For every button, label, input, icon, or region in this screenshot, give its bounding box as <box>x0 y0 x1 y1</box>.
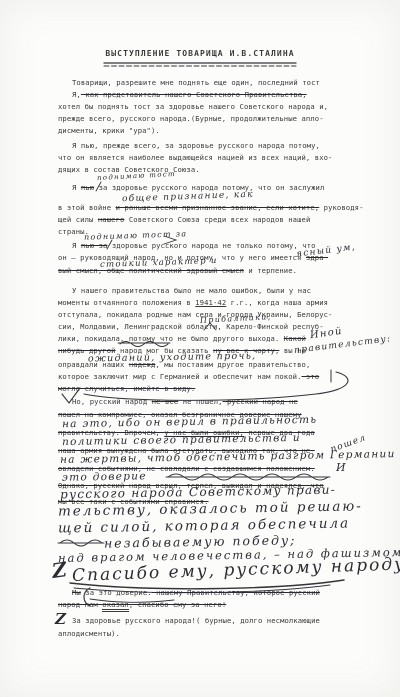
typed-line: могло случиться, имейте в виду. <box>58 385 195 392</box>
text-segment: и терпение. <box>244 266 297 275</box>
text-segment: щей силы <box>58 215 98 224</box>
text-segment: Я <box>72 183 81 192</box>
struck-text: Какой <box>284 334 306 343</box>
text-segment: не пошел, <box>178 397 222 406</box>
text-segment: За здоровье русского народа!( бурные, до… <box>72 616 320 625</box>
text-segment: вы не <box>279 346 306 355</box>
text-segment: , мы поставим другое правительство, <box>155 360 310 369</box>
text-segment: сии, Молдавии, Ленинградской области, Ка… <box>58 322 324 331</box>
typed-line: У нашего правительства было не мало ошиб… <box>72 287 311 294</box>
document-title: ВЫСТУПЛЕНИЕ ТОВАРИЩА И.В.СТАЛИНА <box>0 50 400 58</box>
text-segment: руководя- <box>319 203 363 212</box>
struck-text: русский народ не <box>223 397 298 406</box>
text-segment: моменты отчаянного положения в <box>58 298 195 307</box>
typed-line: вый смысл, обще-политический здравый смы… <box>58 267 297 274</box>
text-segment: русский народ <box>85 397 151 406</box>
paragraph-mark: Z <box>51 559 70 581</box>
typed-line: Товарищи, разрешите мне поднять еще один… <box>72 79 320 86</box>
struck-text: и раньше всеми признанное звание, если х… <box>116 203 320 212</box>
text-segment: 1941-42 <box>195 298 226 307</box>
text-segment: Я <box>72 241 81 250</box>
struck-text: пью <box>81 183 94 192</box>
scribble <box>168 474 328 480</box>
text-segment: прежде всего, русского народа.(Бурные, п… <box>58 114 324 123</box>
text-segment: Но, <box>72 397 85 406</box>
struck-text: надежд <box>129 360 156 369</box>
typed-line: дисменты, крики "ура"). <box>58 127 160 134</box>
text-segment: за это доверие. <box>81 588 152 597</box>
struck-text: могло случиться, имейте в виду. <box>58 384 195 393</box>
typed-line: аплодисменты). <box>58 630 120 637</box>
handwritten-insert: правительству: <box>294 335 392 356</box>
typed-line: которое заключит мир с Германией и обесп… <box>58 373 319 380</box>
scanned-document-page: ВЫСТУПЛЕНИЕ ТОВАРИЩА И.В.СТАЛИНАТоварищи… <box>0 0 400 697</box>
text-segment: Товарищи, разрешите мне поднять еще один… <box>72 78 320 87</box>
text-segment: Я, <box>72 90 81 99</box>
struck-text: это <box>302 372 320 381</box>
struck-text: здра- <box>306 253 328 262</box>
typed-line: в этой войне и раньше всеми признанное з… <box>58 204 364 211</box>
text-segment: отступала, покидала родные нам села и го… <box>58 310 333 319</box>
text-segment: г.г., когда наша армия <box>226 298 328 307</box>
typed-line: щей силы нашего Советского Союза среди в… <box>58 216 310 223</box>
typed-line: прежде всего, русского народа.(Бурные, п… <box>58 115 324 122</box>
typed-line: Но, русский народ не все не пошел, русск… <box>72 398 298 405</box>
typed-line: хотел бы поднять тост за здоровье нашего… <box>58 103 328 110</box>
struck-text: народ нам <box>58 600 102 609</box>
typed-line: Я пью за здоровье русского народа потому… <box>72 184 324 191</box>
text-segment: хотел бы поднять тост за здоровье нашего… <box>58 102 328 111</box>
typed-line: Я, как представитель нашего Советского П… <box>72 91 307 98</box>
handwritten-insert: поднимаю тост <box>97 171 176 182</box>
struck-text: не все <box>152 397 179 406</box>
scribble <box>60 540 102 546</box>
text-segment: лики, покидала, потому что не было друго… <box>58 334 284 343</box>
text-segment: И <box>336 461 347 474</box>
text-segment: поднимаю тост за <box>84 229 188 242</box>
text-segment: здоровье русского народа не только потом… <box>107 241 315 250</box>
struck-text: нашего <box>98 215 125 224</box>
typed-line: Мы за это доверие. нашему Правительству,… <box>72 589 320 596</box>
struck-text: Мы <box>72 588 81 597</box>
typed-line: моменты отчаянного положения в 1941-42 г… <box>58 299 328 306</box>
text-segment: аплодисменты). <box>58 629 120 638</box>
struck-text: , спасибо ему за него! <box>129 600 226 609</box>
typed-line: народ нам оказал, спасибо ему за него! <box>58 601 226 608</box>
text-segment: которое заключит мир с Германией и обесп… <box>58 372 302 381</box>
struck-text: вый смысл, обще-политический здравый смы… <box>58 266 244 275</box>
text-segment: ВЫСТУПЛЕНИЕ ТОВАРИЩА И.В.СТАЛИНА <box>105 49 294 58</box>
text-segment: У нашего правительства было не мало ошиб… <box>72 286 311 295</box>
paragraph-mark: Z <box>55 612 67 627</box>
typed-line: отступала, покидала родные нам села и го… <box>58 311 333 318</box>
text-segment: Я пью, прежде всего, за здоровье русског… <box>72 141 320 150</box>
struck-text: оказал <box>102 600 129 612</box>
text-segment: оправдали наших <box>58 360 129 369</box>
typed-line: Я пью, прежде всего, за здоровье русског… <box>72 142 320 149</box>
text-segment: Z <box>55 610 67 628</box>
text-segment: дисменты, крики "ура"). <box>58 126 160 135</box>
typed-line: Я пью за здоровье русского народа не тол… <box>72 242 316 249</box>
typed-line: сии, Молдавии, Ленинградской области, Ка… <box>58 323 324 330</box>
handwritten-insert: Иной <box>309 327 343 341</box>
typed-line: что он является наиболее выдающейся наци… <box>58 154 333 161</box>
typed-line: За здоровье русского народа!( бурные, до… <box>72 617 320 624</box>
typed-line: оправдали наших надежд, мы поставим друг… <box>58 361 310 368</box>
text-segment: в этой войне <box>58 203 116 212</box>
struck-text: пью за <box>81 241 108 250</box>
struck-text: нашему Правительству, которое русский <box>152 588 320 597</box>
text-segment: Советского Союза среди всех народов наше… <box>124 215 310 224</box>
text-segment: что он является наиболее выдающейся наци… <box>58 153 333 162</box>
typed-line: лики, покидала, потому что не было друго… <box>58 335 306 342</box>
handwritten-insert: И <box>336 462 347 473</box>
struck-text: как представитель нашего Советского Прав… <box>81 90 307 99</box>
text-segment: правительству: <box>294 334 392 356</box>
text-segment: Z <box>50 557 69 583</box>
